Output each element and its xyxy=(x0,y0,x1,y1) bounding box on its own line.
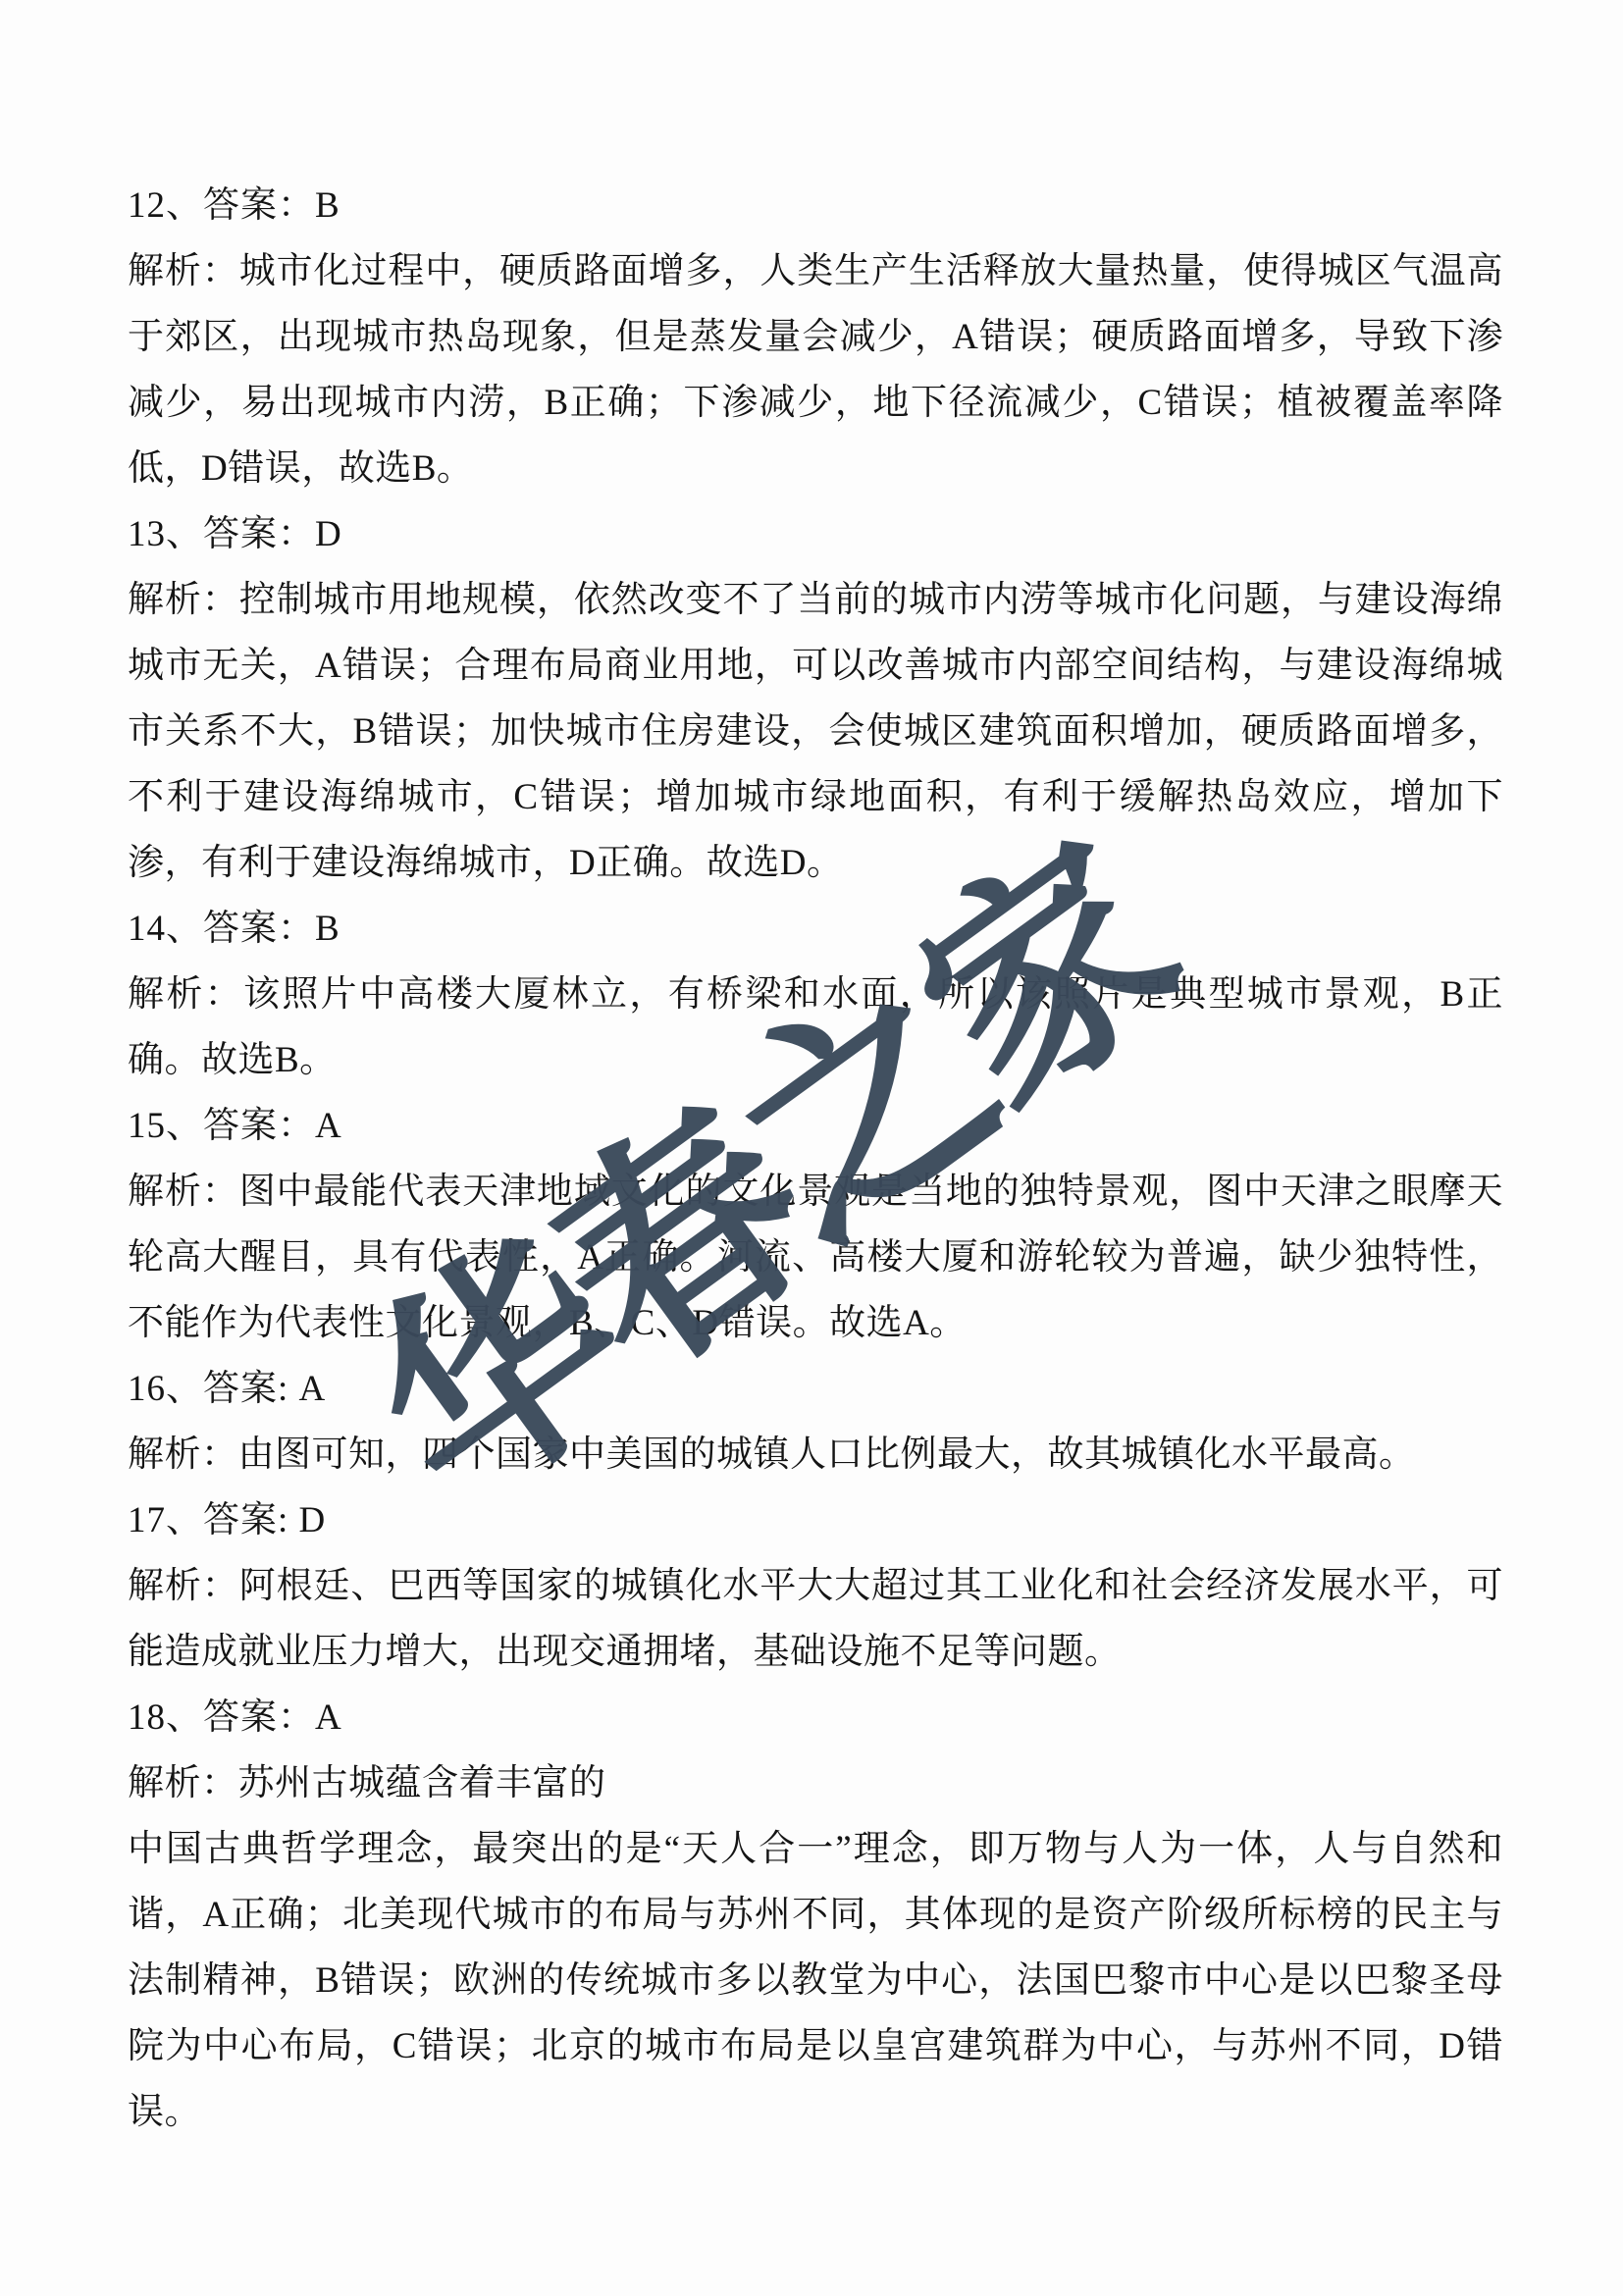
answer-label: 16、答案: A xyxy=(128,1356,1503,1422)
qa-item-17: 17、答案: D 解析：阿根廷、巴西等国家的城镇化水平大大超过其工业化和社会经济… xyxy=(128,1487,1503,1685)
qa-item-12: 12、答案：B 解析：城市化过程中，硬质路面增多，人类生产生活释放大量热量，使得… xyxy=(128,173,1503,501)
answer-key-content: 12、答案：B 解析：城市化过程中，硬质路面增多，人类生产生活释放大量热量，使得… xyxy=(128,173,1503,2145)
analysis-paragraph: 解析：图中最能代表天津地域文化的文化景观是当地的独特景观，图中天津之眼摩天轮高大… xyxy=(128,1159,1503,1356)
qa-item-15: 15、答案：A 解析：图中最能代表天津地域文化的文化景观是当地的独特景观，图中天… xyxy=(128,1093,1503,1356)
document-page: 华春之家 12、答案：B 解析：城市化过程中，硬质路面增多，人类生产生活释放大量… xyxy=(0,0,1623,2296)
analysis-paragraph: 中国古典哲学理念，最突出的是“天人合一”理念，即万物与人为一体，人与自然和谐，A… xyxy=(128,1816,1503,2145)
analysis-paragraph: 解析：控制城市用地规模，依然改变不了当前的城市内涝等城市化问题，与建设海绵城市无… xyxy=(128,567,1503,896)
analysis-paragraph: 解析：由图可知，四个国家中美国的城镇人口比例最大，故其城镇化水平最高。 xyxy=(128,1422,1503,1487)
analysis-paragraph: 解析：苏州古城蕴含着丰富的 xyxy=(128,1750,1503,1816)
answer-label: 17、答案: D xyxy=(128,1487,1503,1553)
analysis-paragraph: 解析：阿根廷、巴西等国家的城镇化水平大大超过其工业化和社会经济发展水平，可能造成… xyxy=(128,1553,1503,1685)
answer-label: 14、答案：B xyxy=(128,896,1503,962)
analysis-paragraph: 解析：该照片中高楼大厦林立，有桥梁和水面，所以该照片是典型城市景观，B正确。故选… xyxy=(128,962,1503,1093)
qa-item-14: 14、答案：B 解析：该照片中高楼大厦林立，有桥梁和水面，所以该照片是典型城市景… xyxy=(128,896,1503,1093)
answer-label: 18、答案：A xyxy=(128,1685,1503,1750)
analysis-paragraph: 解析：城市化过程中，硬质路面增多，人类生产生活释放大量热量，使得城区气温高于郊区… xyxy=(128,238,1503,501)
answer-label: 15、答案：A xyxy=(128,1093,1503,1159)
qa-item-18: 18、答案：A 解析：苏州古城蕴含着丰富的 中国古典哲学理念，最突出的是“天人合… xyxy=(128,1685,1503,2145)
answer-label: 12、答案：B xyxy=(128,173,1503,238)
answer-label: 13、答案：D xyxy=(128,501,1503,567)
qa-item-16: 16、答案: A 解析：由图可知，四个国家中美国的城镇人口比例最大，故其城镇化水… xyxy=(128,1356,1503,1487)
qa-item-13: 13、答案：D 解析：控制城市用地规模，依然改变不了当前的城市内涝等城市化问题，… xyxy=(128,501,1503,896)
